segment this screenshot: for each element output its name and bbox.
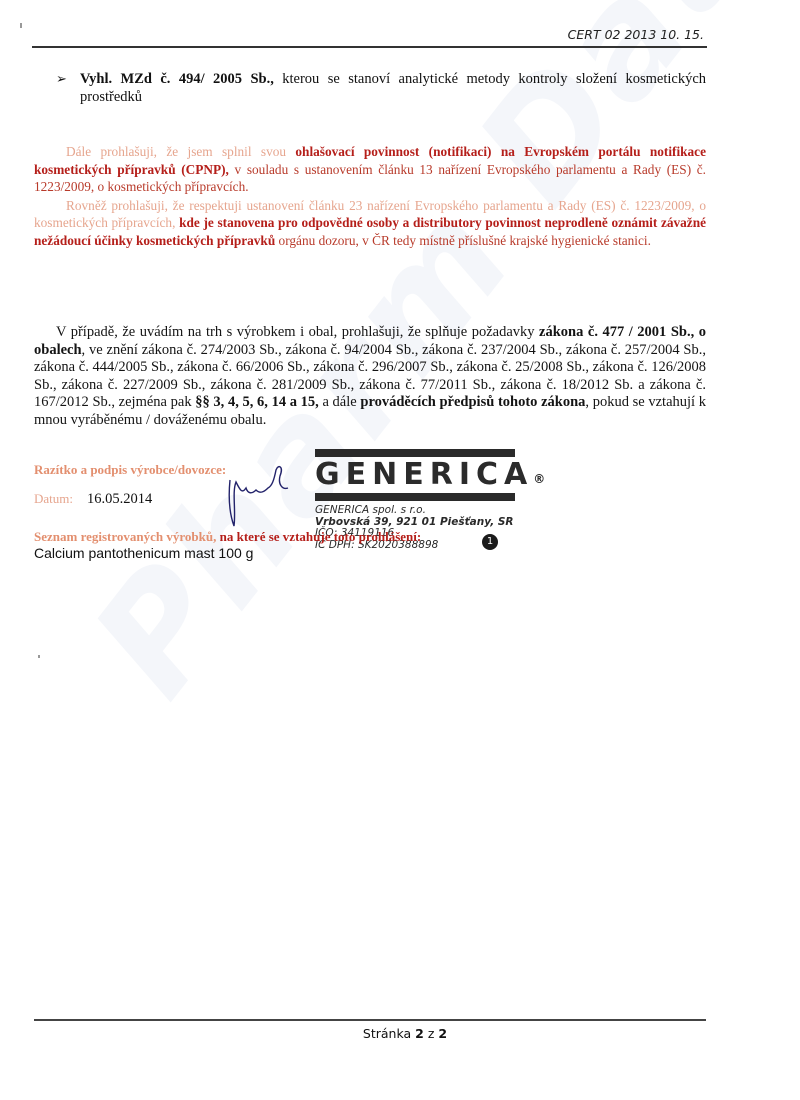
circled-number-badge: 1 — [482, 534, 498, 550]
header-divider — [32, 46, 707, 48]
stamp-company: GENERICA spol. s r.o. — [315, 505, 515, 517]
stamp-bottom-bar — [315, 493, 515, 501]
registered-products-label: Seznam registrovaných výrobků, na které … — [34, 529, 421, 545]
notification-declaration: Dále prohlašuji, že jsem splnil svou ohl… — [34, 143, 706, 249]
footer-divider — [34, 1019, 706, 1021]
adverse-effects-paragraph: Rovněž prohlašuji, že respektuji ustanov… — [34, 197, 706, 250]
document-reference: CERT 02 2013 10. 15. — [568, 27, 704, 42]
date-row: Datum:16.05.2014 — [34, 491, 152, 508]
regulation-bullet: ➢ Vyhl. MZd č. 494/ 2005 Sb., kterou se … — [58, 70, 706, 106]
scan-speck — [38, 655, 40, 658]
product-list-item: Calcium pantothenicum mast 100 g — [34, 545, 253, 561]
packaging-declaration: V případě, že uvádím na trh s výrobkem i… — [34, 324, 706, 430]
arrow-bullet-icon: ➢ — [56, 70, 67, 88]
date-value: 16.05.2014 — [87, 491, 152, 507]
regulation-title: Vyhl. MZd č. 494/ 2005 Sb., — [80, 71, 274, 87]
cpnp-paragraph: Dále prohlašuji, že jsem splnil svou ohl… — [34, 143, 706, 196]
stamp-signature-label: Razítko a podpis výrobce/dovozce: — [34, 462, 226, 478]
stamp-top-bar — [315, 449, 515, 457]
scan-speck — [20, 23, 22, 28]
page-number: Stránka 2 z 2 — [0, 1026, 800, 1041]
signature-icon — [222, 460, 292, 530]
date-label: Datum: — [34, 491, 73, 506]
generica-logo: GENERICA® — [315, 457, 515, 493]
